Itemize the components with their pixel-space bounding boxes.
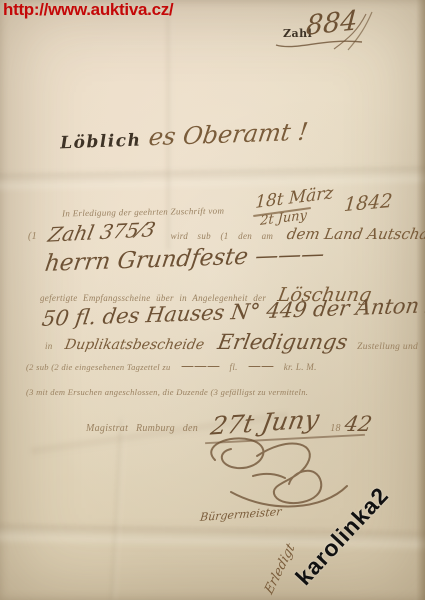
l3-hand: herrn Grundfeste ——— [43, 241, 326, 277]
l6-hand-b: Erledigungs [216, 330, 350, 354]
l2-printed: wird sub (1 den am [171, 231, 274, 241]
l2-no: (1 [28, 231, 37, 242]
body-line-1-printed: In Erledigung der geehrten Zuschrift vom [62, 206, 224, 219]
paper-crease-vertical-lower [109, 420, 126, 600]
l7-blank-a: ——— [179, 359, 221, 374]
salutation-handwritten: es Oberamt ! [147, 118, 310, 152]
l2-hand-place: dem Land Autschan [286, 225, 425, 243]
l2-hand-ref: Zahl 375⁄3 [46, 217, 158, 246]
l6-printed-a: in [45, 341, 53, 351]
l7-printed-b: fl. [230, 362, 238, 372]
body-line-7: (2 sub (2 die eingesehenen Tagzettel zu … [26, 357, 317, 375]
l7-blank-b: —— [246, 359, 275, 374]
l6-hand-a: Duplikatsbescheide [63, 337, 205, 353]
l7-printed-c: kr. L. M. [284, 362, 317, 372]
l6-printed-b: Zustellung und [357, 342, 418, 352]
dateline-printed: Magistrat Rumburg den [86, 423, 198, 434]
body-line-8: (3 mit dem Ersuchen angeschlossen, die D… [26, 382, 308, 400]
body-line-2: (1 Zahl 375⁄3 wird sub (1 den am dem Lan… [28, 220, 425, 244]
salutation-printed: Löblich [60, 130, 142, 153]
scanned-letter-page: http://www.auktiva.cz/ Zahl 884 Löblich … [0, 0, 425, 600]
zahl-underline-flourish [274, 36, 364, 52]
body-line-6: in Duplikatsbescheide Erledigungs Zustel… [45, 330, 418, 354]
salutation: Löblich es Oberamt ! [60, 118, 309, 155]
date-year-text: 1842 [343, 190, 393, 216]
site-url-watermark: http://www.auktiva.cz/ [3, 0, 173, 20]
body-line-3: herrn Grundfeste ——— [45, 241, 325, 277]
l7-printed-a: (2 sub (2 die eingesehenen Tagzettel zu [26, 362, 171, 372]
paper-fold-horizontal-top [0, 166, 425, 192]
signature-title-text: Bürgermeister [199, 505, 282, 524]
date-year: 1842 [343, 190, 393, 216]
l8-printed: (3 mit dem Ersuchen angeschlossen, die D… [26, 387, 308, 397]
